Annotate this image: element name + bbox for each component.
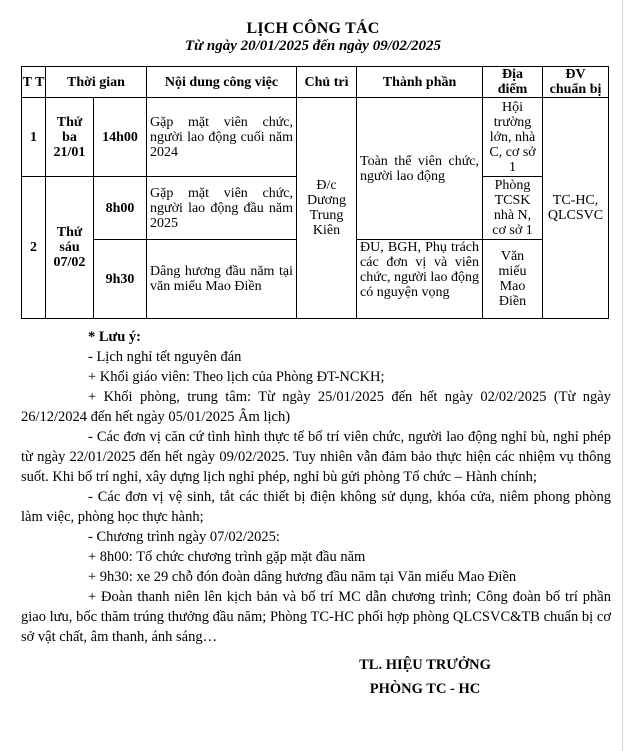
note-line: + 8h00: Tổ chức chương trình gặp mặt đầu… [21,547,611,567]
row-content: Dâng hương đầu năm tại văn miếu Mao Điền [147,240,297,319]
header-location: Địa điểm [483,67,543,98]
row-location: Văn miếu Mao Điền [483,240,543,319]
schedule-table: T T Thời gian Nội dung công việc Chủ trì… [21,66,609,319]
row-day: Thứ sáu 07/02 [46,177,94,319]
header-host: Chủ trì [297,67,357,98]
signature-title: TL. HIỆU TRƯỞNG [300,657,550,674]
row-content: Gặp mặt viên chức, người lao động đầu nă… [147,177,297,240]
document-title: LỊCH CÔNG TÁC [0,20,626,38]
signature-office: PHÒNG TC - HC [300,681,550,698]
participants-main-cell: Toàn thể viên chức, người lao động [357,98,483,240]
note-line: + 9h30: xe 29 chỗ đón đoàn dâng hương đầ… [21,567,611,587]
table-row: 1 Thứ ba 21/01 14h00 Gặp mặt viên chức, … [22,98,609,177]
notes-section: * Lưu ý: - Lịch nghỉ tết nguyên đán + Kh… [21,327,611,647]
note-line: - Các đơn vị căn cứ tình hình thực tế bố… [21,427,611,487]
row-time: 9h30 [94,240,147,319]
header-content: Nội dung công việc [147,67,297,98]
note-line: - Chương trình ngày 07/02/2025: [21,527,611,547]
row-number: 2 [22,177,46,319]
row-day: Thứ ba 21/01 [46,98,94,177]
header-time: Thời gian [46,67,147,98]
row-content: Gặp mặt viên chức, người lao động cuối n… [147,98,297,177]
note-line: + Khối phòng, trung tâm: Từ ngày 25/01/2… [21,387,611,427]
row-time: 14h00 [94,98,147,177]
note-line: - Các đơn vị vệ sinh, tắt các thiết bị đ… [21,487,611,527]
page-edge-divider [622,0,623,751]
host-cell: Đ/c Dương Trung Kiên [297,98,357,319]
note-line: + Đoàn thanh niên lên kịch bản và bố trí… [21,587,611,647]
note-line: + Khối giáo viên: Theo lịch của Phòng ĐT… [21,367,611,387]
row-location: Phòng TCSK nhà N, cơ sở 1 [483,177,543,240]
row-location: Hội trường lớn, nhà C, cơ sở 1 [483,98,543,177]
row-number: 1 [22,98,46,177]
prep-cell: TC-HC, QLCSVC [543,98,609,319]
header-tt: T T [22,67,46,98]
row-participants: ĐU, BGH, Phụ trách các đơn vị và viên ch… [357,240,483,319]
document-subtitle: Từ ngày 20/01/2025 đến ngày 09/02/2025 [0,38,626,55]
notes-heading: * Lưu ý: [21,327,611,347]
header-participants: Thành phần [357,67,483,98]
row-time: 8h00 [94,177,147,240]
header-prep: ĐV chuẩn bị [543,67,609,98]
note-line: - Lịch nghỉ tết nguyên đán [21,347,611,367]
table-header-row: T T Thời gian Nội dung công việc Chủ trì… [22,67,609,98]
